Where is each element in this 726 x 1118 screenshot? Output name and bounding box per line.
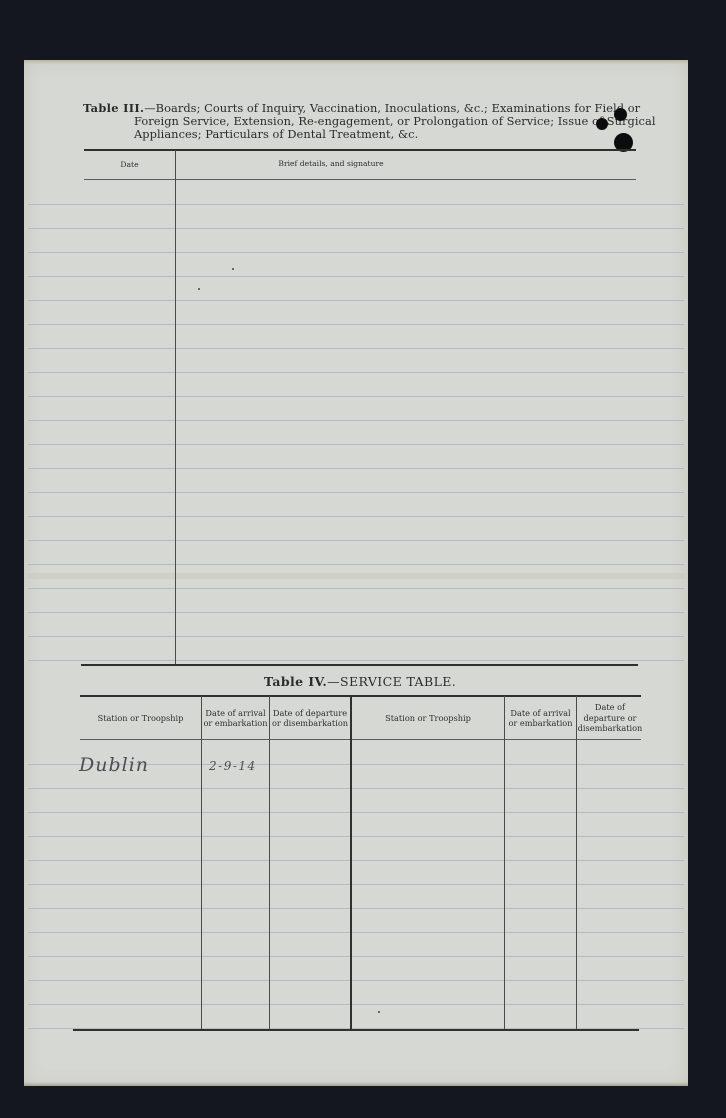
table4-header-departure: Date of departure or disembarkation [270, 697, 350, 739]
arrival-date-cell[interactable]: 2-9-14 [209, 759, 267, 773]
table3-header-rule [84, 179, 636, 180]
table4-divider-4 [504, 696, 505, 1029]
table3-title: Table III.—Boards; Courts of Inquiry, Va… [83, 102, 663, 141]
departure-date-cell[interactable] [270, 750, 350, 772]
ruled-lines-table4 [28, 741, 684, 1031]
table4-header-departure-2: Date of departure or disembarkation [577, 697, 643, 739]
table3-title-line3: Appliances; Particulars of Dental Treatm… [83, 128, 663, 141]
table3-title-line1: —Boards; Courts of Inquiry, Vaccination,… [144, 101, 640, 115]
table4-title-rest: —SERVICE TABLE. [327, 674, 456, 689]
table4-title-lead: Table IV. [264, 674, 327, 689]
table3-title-lead: Table III. [83, 101, 144, 115]
station-cell[interactable]: Dublin [79, 754, 199, 776]
table4-bottom-rule [73, 1029, 639, 1031]
table3-header-date: Date [84, 160, 175, 170]
station-cell-2[interactable] [352, 750, 504, 772]
table4-header-station: Station or Troopship [80, 697, 201, 739]
punch-hole-icon [596, 118, 608, 130]
table4-divider-1 [201, 696, 202, 1029]
table3-bottom-rule [81, 664, 638, 666]
table3-details-column[interactable] [176, 181, 636, 661]
table3-top-rule [84, 149, 636, 151]
record-sheet: Table III.—Boards; Courts of Inquiry, Va… [24, 60, 688, 1086]
table4-header-arrival-2: Date of arrival or embarkation [505, 697, 576, 739]
table3-date-column[interactable] [84, 181, 175, 661]
punch-hole-icon [614, 108, 627, 121]
departure-date-cell-2[interactable] [577, 750, 643, 772]
table3-header-details: Brief details, and signature [176, 159, 486, 169]
table4-title: Table IV.—SERVICE TABLE. [82, 674, 638, 689]
table4-divider-5 [576, 696, 577, 1029]
arrival-date-cell-2[interactable] [505, 750, 576, 772]
ink-speck [232, 268, 234, 270]
ink-speck [198, 288, 200, 290]
table4-header-rule [80, 739, 641, 740]
table4-divider-center [350, 696, 352, 1029]
ink-speck [378, 1011, 380, 1013]
table4-divider-2 [269, 696, 270, 1029]
table4-header-station-2: Station or Troopship [352, 697, 504, 739]
table4-header-arrival: Date of arrival or embarkation [202, 697, 269, 739]
